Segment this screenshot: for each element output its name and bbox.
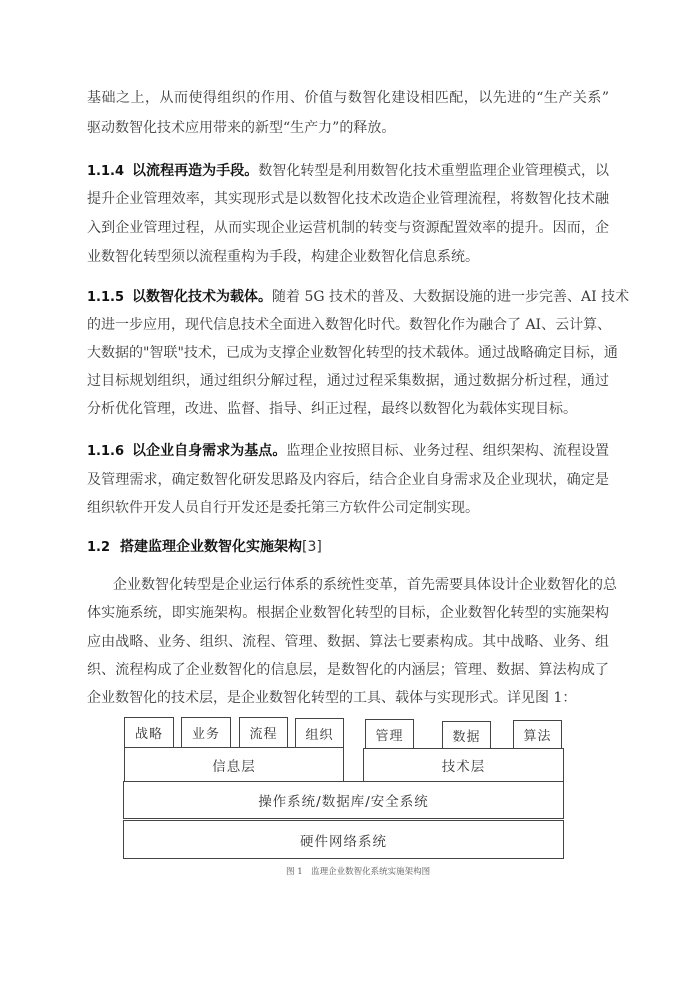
section-1-1-4-heading-line: 1.1.4以流程再造为手段。数智化转型是利用数智化技术重塑监理企业管理模式，以 <box>87 161 609 181</box>
section-title: 以企业自身需求为基点。 <box>132 443 286 459</box>
figure-caption: 图 1 监理企业数智化系统实施架构图 <box>286 866 438 878</box>
section-text: 监理企业按照目标、业务过程、组织架构、流程设置 <box>286 443 609 459</box>
section-title: 搭建监理企业数智化实施架构 <box>120 539 302 555</box>
element-box-business: 业务 <box>181 717 231 748</box>
section-number: 1.1.4 <box>87 162 132 182</box>
section-1-1-5-line: 分析优化管理，改进、监督、指导、纠正过程，最终以数智化为载体实现目标。 <box>87 399 609 419</box>
arch-para-line: 体实施系统，即实施架构。根据企业数智化转型的目标，企业数智化转型的实施架构 <box>87 603 609 623</box>
os-database-security-layer-box: 操作系统/数据库/安全系统 <box>123 781 564 819</box>
section-number: 1.1.5 <box>87 288 132 308</box>
arch-para-line: 织、流程构成了企业数智化的信息层，是数智化的内涵层；管理、数据、算法构成了 <box>87 660 609 680</box>
section-title: 以数智化技术为载体。 <box>132 289 272 305</box>
section-1-1-4-line: 提升企业管理效率，其实现形式是以数智化技术改造企业管理流程，将数智化技术融 <box>87 189 609 209</box>
section-number: 1.1.6 <box>87 442 132 462</box>
section-text: 随着 5G 技术的普及、大数据设施的进一步完善、AI 技术 <box>272 289 629 305</box>
element-box-data: 数据 <box>442 721 491 749</box>
section-1-1-6-line: 组织软件开发人员自行开发还是委托第三方软件公司定制实现。 <box>87 498 609 518</box>
section-text: 数智化转型是利用数智化技术重塑监理企业管理模式，以 <box>258 163 609 179</box>
section-title: 以流程再造为手段。 <box>132 163 258 179</box>
intro-line-2: 驱动数智化技术应用带来的新型“生产力”的释放。 <box>87 118 609 138</box>
section-1-1-6-heading-line: 1.1.6以企业自身需求为基点。监理企业按照目标、业务过程、组织架构、流程设置 <box>87 441 609 461</box>
tech-layer-box: 技术层 <box>363 748 564 782</box>
section-1-1-5-line: 的进一步应用，现代信息技术全面进入数智化时代。数智化作为融合了 AI、云计算、 <box>87 315 609 335</box>
section-1-2-heading: 1.2搭建监理企业数智化实施架构[3] <box>87 537 609 557</box>
section-1-1-5-line: 过目标规划组织，通过组织分解过程，通过过程采集数据，通过数据分析过程，通过 <box>87 371 609 391</box>
arch-para-line-1: 企业数智化转型是企业运行体系的系统性变革，首先需要具体设计企业数智化的总 <box>87 575 609 595</box>
section-1-1-5-heading-line: 1.1.5以数智化技术为载体。随着 5G 技术的普及、大数据设施的进一步完善、A… <box>87 287 609 307</box>
element-box-process: 流程 <box>239 717 288 748</box>
element-box-algorithm: 算法 <box>513 720 562 749</box>
hardware-network-layer-box: 硬件网络系统 <box>123 820 564 859</box>
section-1-1-5-line: 大数据的"智联"技术，已成为支撑企业数智化转型的技术载体。通过战略确定目标，通 <box>87 343 609 363</box>
section-1-1-4-line: 入到企业管理过程，从而实现企业运营机制的转变与资源配置效率的提升。因而，企 <box>87 218 609 238</box>
section-1-1-4-line: 业数智化转型须以流程重构为手段，构建企业数智化信息系统。 <box>87 247 609 267</box>
info-layer-box: 信息层 <box>124 747 344 782</box>
arch-para-line: 企业数智化的技术层，是企业数智化转型的工具、载体与实现形式。详见图 1： <box>87 688 609 708</box>
section-number: 1.2 <box>87 538 120 558</box>
element-box-organization: 组织 <box>295 718 344 748</box>
element-box-strategy: 战略 <box>124 717 174 748</box>
section-1-1-6-line: 及管理需求，确定数智化研发思路及内容后，结合企业自身需求及企业现状，确定是 <box>87 470 609 490</box>
arch-para-line: 应由战略、业务、组织、流程、管理、数据、算法七要素构成。其中战略、业务、组 <box>87 632 609 652</box>
citation-ref: [3] <box>302 539 322 555</box>
element-box-management: 管理 <box>365 719 414 749</box>
intro-line-1: 基础之上，从而使得组织的作用、价值与数智化建设相匹配，以先进的“生产关系” <box>87 88 609 108</box>
